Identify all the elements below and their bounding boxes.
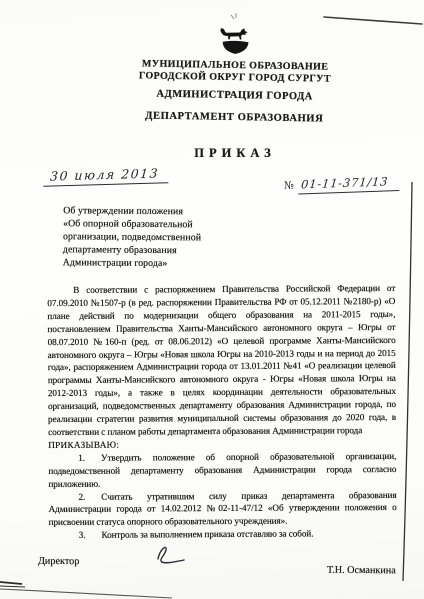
subject-block: Об утверждении положения «Об опорной обр… (63, 204, 249, 271)
org-line-4: ДЕПАРТАМЕНТ ОБРАЗОВАНИЯ (59, 109, 409, 126)
order-number: №01-11-371/13 (284, 174, 400, 195)
subject-line: Администрации города» (63, 256, 248, 271)
item-number: 3. (79, 530, 86, 540)
number-value: 01-11-371/13 (298, 174, 401, 195)
item-number: 2. (78, 491, 85, 501)
order-title: ПРИКАЗ (60, 146, 410, 161)
order-item-1: 1.Утвердить положение об опорной образов… (48, 450, 396, 491)
handwritten-date: 30 июля 2013 (43, 165, 169, 187)
body-paragraph: В соответствии с распоряжением Правитель… (47, 282, 396, 439)
item-number: 1. (78, 453, 85, 463)
scanned-order-page: МУНИЦИПАЛЬНОЕ ОБРАЗОВАНИЕ ГОРОДСКОЙ ОКРУ… (0, 0, 424, 599)
order-item-2: 2.Считать утратившим силу приказ департа… (48, 488, 396, 529)
signature-role: Директор (38, 556, 79, 567)
item-text: Считать утратившим силу приказ департаме… (49, 489, 397, 527)
order-body: В соответствии с распоряжением Правитель… (47, 282, 397, 542)
signature-autograph-icon (144, 541, 200, 575)
document-header: МУНИЦИПАЛЬНОЕ ОБРАЗОВАНИЕ ГОРОДСКОЙ ОКРУ… (59, 23, 411, 126)
item-text: Утвердить положение об опорной образоват… (48, 451, 396, 489)
org-line-3: АДМИНИСТРАЦИЯ ГОРОДА (60, 87, 410, 104)
order-item-3: 3.Контроль за выполнением приказа отстав… (49, 527, 397, 542)
fox-coat-of-arms-icon (215, 26, 256, 57)
number-sign: № (284, 180, 295, 192)
signee-name: Т.Н. Османкина (327, 565, 396, 577)
item-text: Контроль за выполнением приказа отставля… (101, 529, 313, 540)
